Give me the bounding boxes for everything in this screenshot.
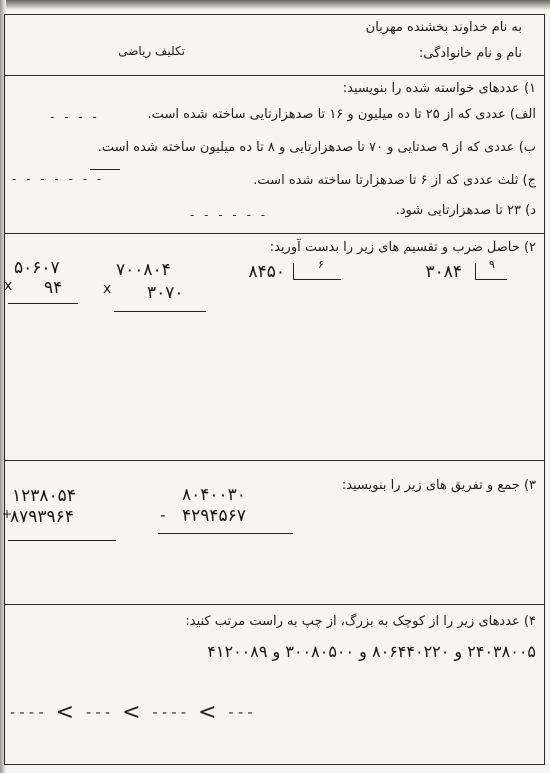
q2-mult-1-bottom: ۳۰۷۰ (147, 283, 184, 303)
q4-blank-1: - - - - (10, 705, 44, 721)
q2-division-1-dividend: ۳۰۸۴ (425, 262, 462, 282)
q3-title: ۳) جمع و تفریق های زیر را بنویسید: (342, 478, 536, 493)
q1-item-b: ب) عددی که از ۹ صدتایی و ۷۰ تا صدهزارتای… (98, 140, 536, 155)
q1-item-a-label: الف) (510, 107, 536, 122)
less-than-sign: < (122, 700, 140, 725)
q1-item-d-text: ۲۳ تا صدهزارتایی شود. (396, 203, 521, 218)
less-than-sign: < (56, 700, 74, 725)
q1-item-d-blank: - - - - - - (190, 208, 268, 222)
answer-line (114, 311, 206, 312)
division-bracket (293, 263, 294, 279)
q1-item-b-text: عددی که از ۹ صدتایی و ۷۰ تا صدهزارتایی و… (98, 140, 515, 155)
q3-subtraction-top: ۸۰۴۰۰۳۰ (182, 485, 246, 505)
q3-addition-bottom: ۸۷۹۳۹۶۴ (10, 507, 74, 527)
section-divider (4, 233, 545, 234)
q4-numbers: ۲۴۰۳۸۰۰۵ و ۸۰۶۴۴۰۲۲۰ و ۳۰۰۸۰۵۰۰ و ۴۱۲۰۰۸… (207, 642, 536, 661)
q3-subtraction-bottom: ۴۲۹۴۵۶۷ (182, 506, 246, 526)
q1-item-d-label: د) (525, 203, 536, 218)
q1-item-d: د) ۲۳ تا صدهزارتایی شود. (396, 203, 536, 218)
q1-item-c-label: ج) (523, 173, 536, 188)
division-bracket-line (475, 279, 507, 280)
q1-title: ۱) عددهای خواسته شده را بنویسید: (343, 81, 536, 96)
q4-answer-row: - - - - < - - - < - - - - < - - - (10, 700, 253, 725)
answer-line (8, 540, 116, 541)
q2-division-2-dividend: ۸۴۵۰ (248, 262, 285, 282)
q2-mult-2-bottom: ۹۴ (44, 278, 62, 298)
q1-item-c: ج) ثلث عددی که از ۶ تا صدهزارتا ساخته شد… (253, 173, 536, 188)
q3-subtraction-op: - (160, 506, 167, 524)
section-divider (4, 75, 545, 76)
q2-division-2-divisor: ۶ (318, 258, 324, 271)
answer-line (8, 303, 78, 304)
q1-item-c-text: ثلث عددی که از ۶ تا صدهزارتا ساخته شده ا… (253, 173, 518, 188)
q2-mult-1-top: ۷۰۰۸۰۴ (116, 260, 171, 280)
q4-blank-2: - - - (86, 705, 110, 721)
answer-line (158, 533, 293, 534)
less-than-sign: < (198, 700, 216, 725)
q1-item-c-blank: - - - - - - - (12, 172, 104, 186)
division-bracket (475, 263, 476, 279)
q3-addition-top: ۱۲۳۸۰۵۴ (12, 486, 76, 506)
q1-item-a-text: عددی که از ۲۵ تا ده میلیون و ۱۶ تا صدهزا… (148, 107, 506, 122)
worksheet-title: تکلیف ریاضی (118, 44, 185, 58)
answer-line (90, 169, 120, 170)
q4-blank-3: - - - - (153, 705, 187, 721)
q2-mult-1-op: x (103, 281, 113, 297)
student-name-label: نام و نام خانوادگی: (419, 46, 522, 61)
invocation-text: به نام خداوند بخشنده مهربان (366, 20, 522, 35)
q2-division-1-divisor: ۹ (489, 258, 495, 271)
division-bracket-line (293, 279, 341, 280)
photo-edge-shadow (0, 0, 550, 10)
q1-item-a-blank: - - - - (50, 110, 100, 124)
q2-title: ۲) حاصل ضرب و تقسیم های زیر را بدست آوری… (270, 240, 536, 255)
q2-mult-2-op: x (4, 278, 14, 294)
q2-mult-2-top: ۵۰۶۰۷ (14, 258, 60, 278)
section-divider (4, 460, 545, 461)
worksheet-page: به نام خداوند بخشنده مهربان نام و نام خا… (0, 0, 550, 773)
q1-item-a: الف) عددی که از ۲۵ تا ده میلیون و ۱۶ تا … (148, 107, 536, 122)
q4-blank-4: - - - (229, 705, 253, 721)
q4-title: ۴) عددهای زیر را از کوچک به بزرگ، از چپ … (185, 614, 536, 629)
q1-item-b-label: ب) (519, 140, 536, 155)
section-divider (4, 604, 545, 605)
